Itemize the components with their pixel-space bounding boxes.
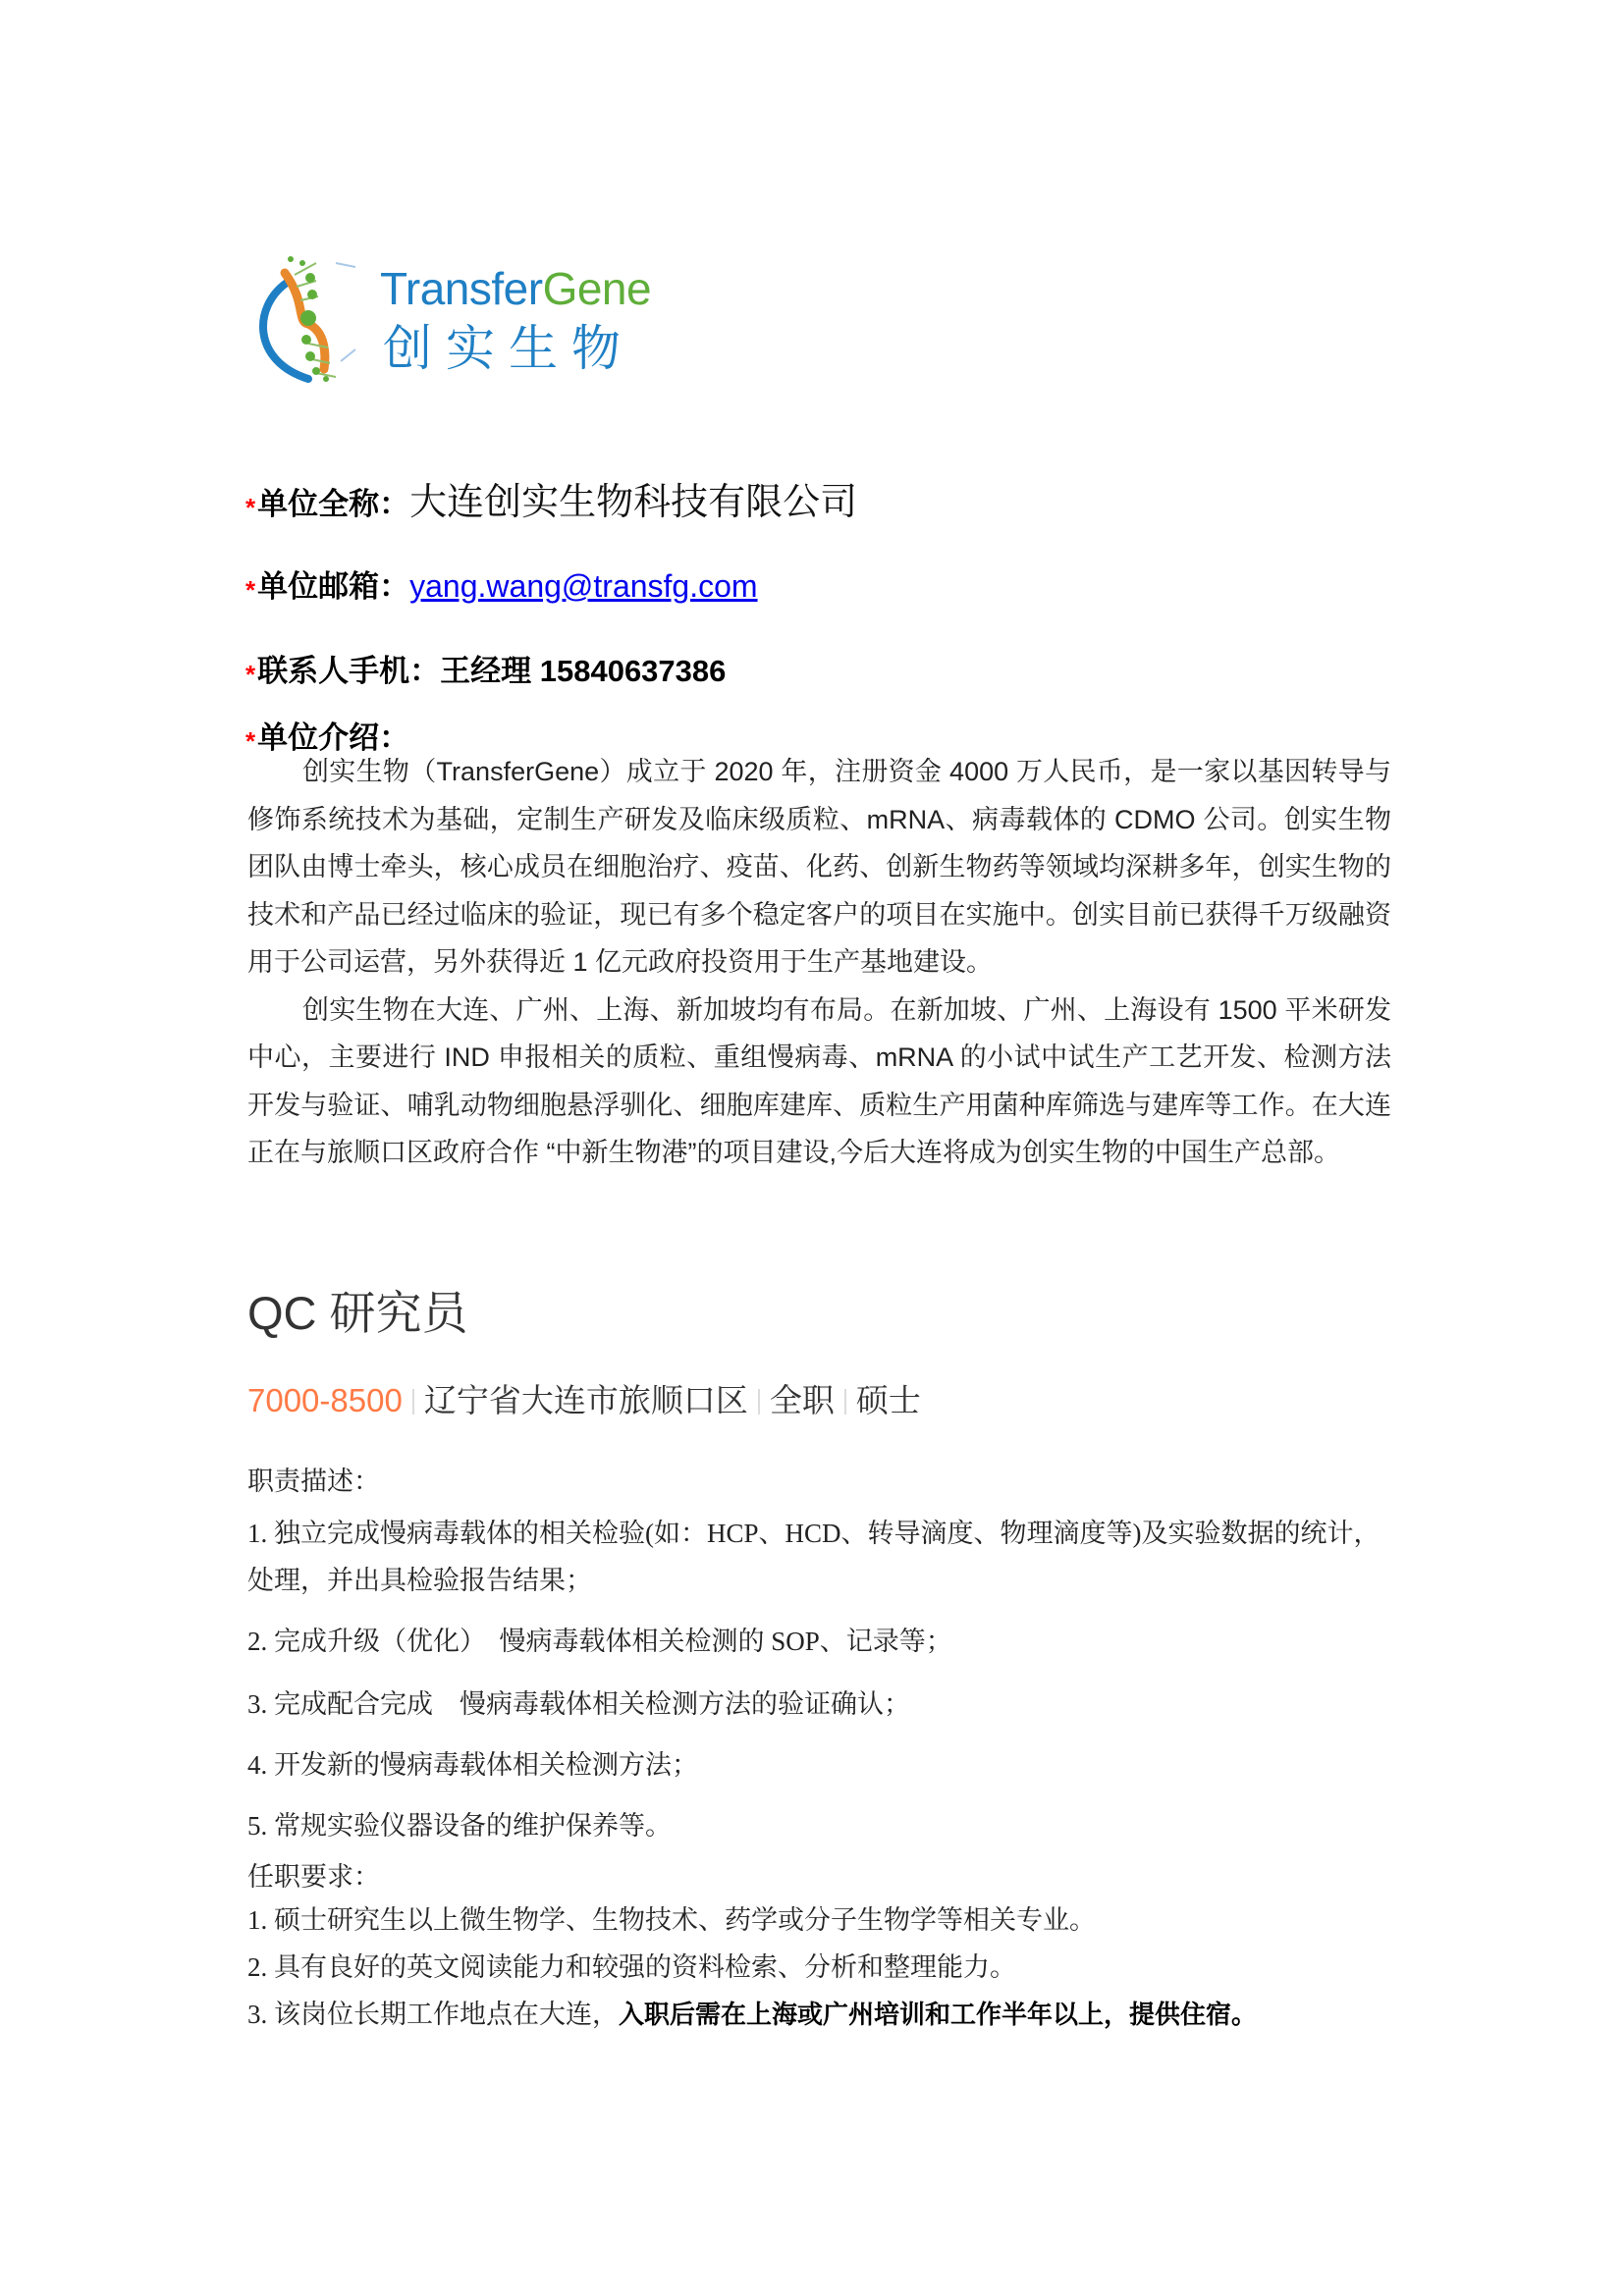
intro-paragraph: 创实生物在大连、广州、上海、新加坡均有布局。在新加坡、广州、上海设有 1500 … xyxy=(247,987,1391,1177)
job-meta: 7000-8500辽宁省大连市旅顺口区全职硕士 xyxy=(247,1379,921,1422)
requirement-item: 2. 具有良好的英文阅读能力和较强的资料检索、分析和整理能力。 xyxy=(247,1944,1396,1991)
duty-item: 4. 开发新的慢病毒载体相关检测方法； xyxy=(247,1741,1396,1789)
intro-paragraph: 创实生物（TransferGene）成立于 2020 年，注册资金 4000 万… xyxy=(247,748,1391,987)
company-intro: 创实生物（TransferGene）成立于 2020 年，注册资金 4000 万… xyxy=(247,748,1391,1177)
job-type: 全职 xyxy=(770,1382,835,1418)
document-page: TransferGene 创实生物 *单位全称：大连创实生物科技有限公司 *单位… xyxy=(0,0,1624,2296)
logo-brand-english: TransferGene xyxy=(380,261,651,316)
contact-phone-label: 联系人手机： xyxy=(257,654,440,688)
company-email-row: *单位邮箱：yang.wang@transfg.com xyxy=(245,561,758,606)
requirement-item: 3. 该岗位长期工作地点在大连，入职后需在上海或广州培训和工作半年以上，提供住宿… xyxy=(247,1991,1396,2039)
company-name-label: 单位全称： xyxy=(257,487,409,521)
duty-item: 2. 完成升级（优化） 慢病毒载体相关检测的 SOP、记录等； xyxy=(247,1618,1396,1665)
job-education: 硕士 xyxy=(856,1382,921,1418)
company-name-row: *单位全称：大连创实生物科技有限公司 xyxy=(245,471,857,525)
duty-item: 1. 独立完成慢病毒载体的相关检验(如：HCP、HCD、转导滴度、物理滴度等)及… xyxy=(247,1510,1396,1604)
job-salary: 7000-8500 xyxy=(247,1382,403,1418)
divider xyxy=(758,1389,760,1415)
company-logo: TransferGene 创实生物 xyxy=(247,253,670,386)
requirement-item: 1. 硕士研究生以上微生物学、生物技术、药学或分子生物学等相关专业。 xyxy=(247,1896,1396,1944)
required-mark: * xyxy=(245,575,255,605)
required-mark: * xyxy=(245,493,255,522)
dna-helix-icon xyxy=(247,253,375,391)
job-title: QC 研究员 xyxy=(247,1284,468,1343)
divider xyxy=(844,1389,846,1415)
divider xyxy=(412,1389,414,1415)
company-name-value: 大连创实生物科技有限公司 xyxy=(409,482,857,523)
company-email-label: 单位邮箱： xyxy=(257,569,409,604)
requirements-heading: 任职要求： xyxy=(247,1855,380,1894)
duties-heading: 职责描述： xyxy=(247,1460,380,1498)
contact-phone-value: 王经理 15840637386 xyxy=(440,654,726,688)
company-email-link[interactable]: yang.wang@transfg.com xyxy=(409,568,757,604)
duty-item: 3. 完成配合完成 慢病毒载体相关检测方法的验证确认； xyxy=(247,1681,1396,1728)
required-mark: * xyxy=(245,660,255,689)
duty-item: 5. 常规实验仪器设备的维护保养等。 xyxy=(247,1802,1396,1849)
job-location: 辽宁省大连市旅顺口区 xyxy=(424,1382,748,1418)
requirement-emphasis: 入职后需在上海或广州培训和工作半年以上，提供住宿。 xyxy=(619,2001,1257,2030)
contact-phone-row: *联系人手机：王经理 15840637386 xyxy=(245,646,726,690)
logo-brand-chinese: 创实生物 xyxy=(383,318,634,379)
